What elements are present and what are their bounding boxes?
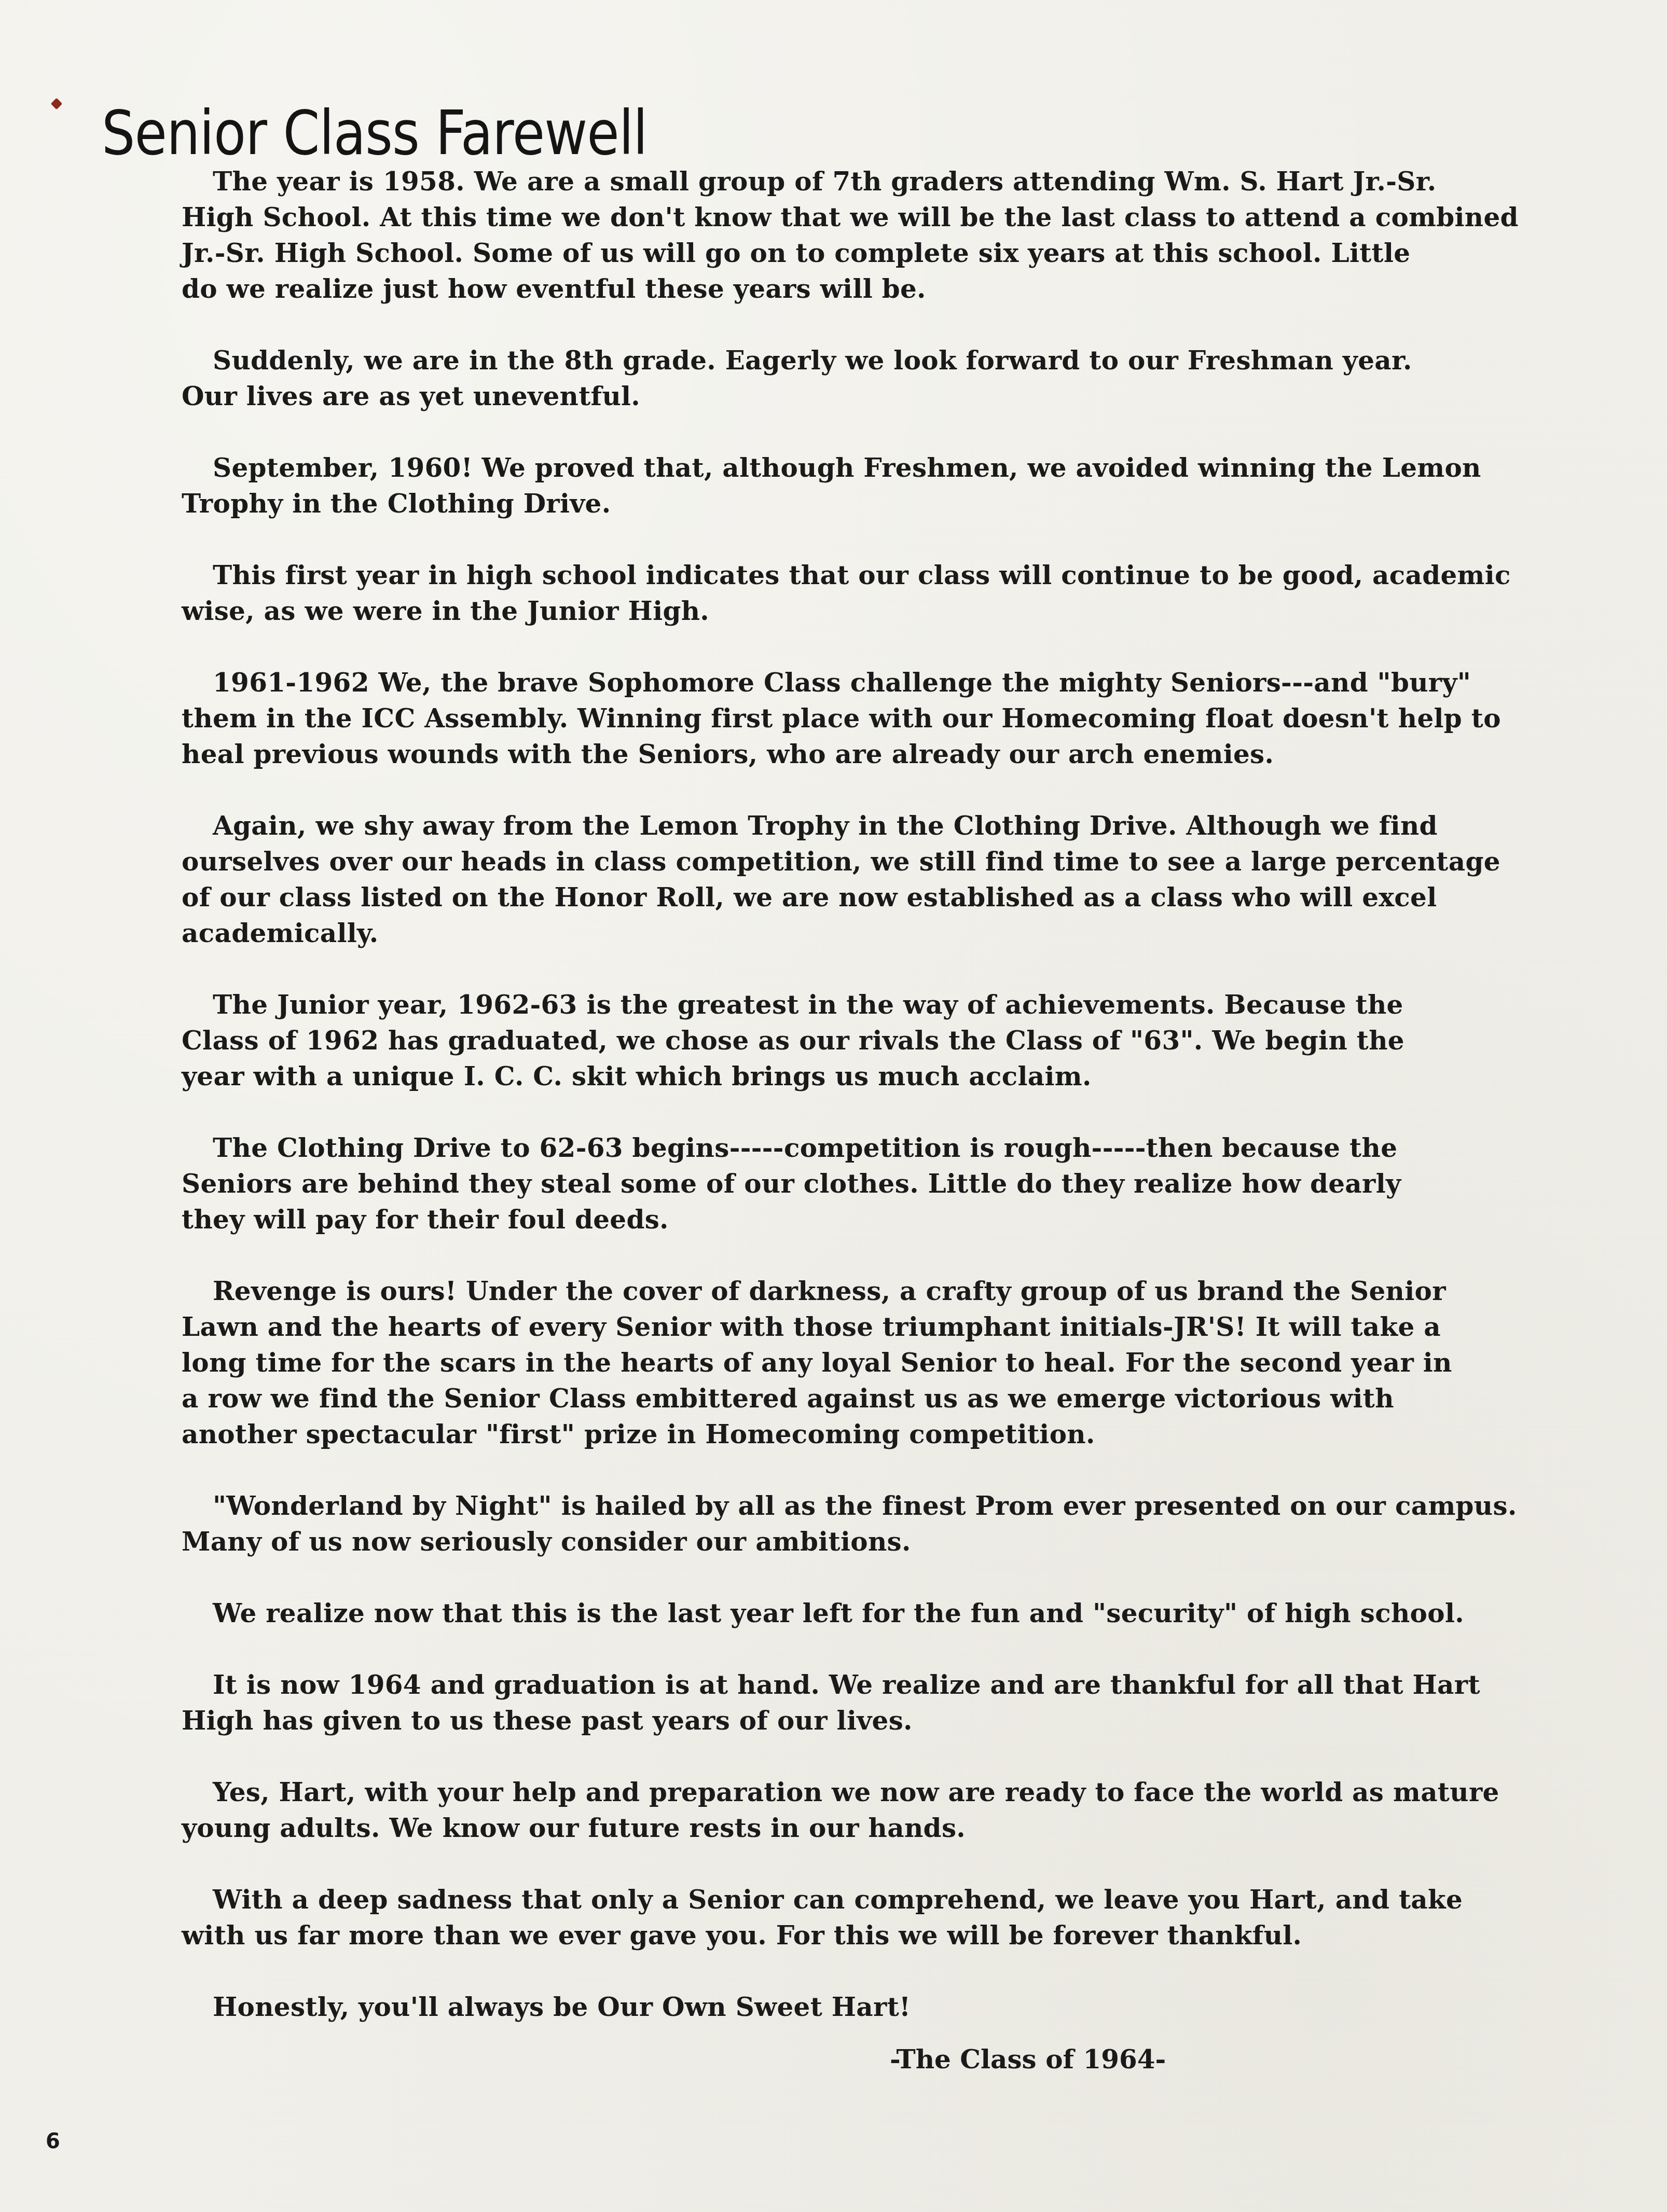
paragraph: With a deep sadness that only a Senior c… (182, 1882, 1463, 1953)
paragraph: Yes, Hart, with your help and preparatio… (182, 1774, 1463, 1846)
text-line: Jr.-Sr. High School. Some of us will go … (182, 235, 1463, 271)
paragraph: Again, we shy away from the Lemon Trophy… (182, 808, 1463, 951)
paragraph: The Clothing Drive to 62-63 begins-----c… (182, 1130, 1463, 1237)
text-line: a row we find the Senior Class embittere… (182, 1380, 1463, 1416)
text-line: wise, as we were in the Junior High. (182, 593, 1463, 629)
text-line: ourselves over our heads in class compet… (182, 844, 1463, 879)
text-line: The Clothing Drive to 62-63 begins-----c… (182, 1130, 1463, 1166)
text-line: It is now 1964 and graduation is at hand… (182, 1667, 1463, 1703)
text-line: do we realize just how eventful these ye… (182, 271, 1463, 307)
text-line: Suddenly, we are in the 8th grade. Eager… (182, 342, 1463, 378)
text-line: Again, we shy away from the Lemon Trophy… (182, 808, 1463, 844)
text-line: The Junior year, 1962-63 is the greatest… (182, 987, 1463, 1022)
text-line: With a deep sadness that only a Senior c… (182, 1882, 1463, 1917)
text-line: Revenge is ours! Under the cover of dark… (182, 1273, 1463, 1309)
text-line: "Wonderland by Night" is hailed by all a… (182, 1488, 1463, 1524)
paragraph: Honestly, you'll always be Our Own Sweet… (182, 1989, 1463, 2025)
text-line: academically. (182, 915, 1463, 951)
paragraph: Suddenly, we are in the 8th grade. Eager… (182, 342, 1463, 414)
farewell-article-body: The year is 1958. We are a small group o… (182, 163, 1463, 2061)
text-line: with us far more than we ever gave you. … (182, 1917, 1463, 1953)
paragraph: The Junior year, 1962-63 is the greatest… (182, 987, 1463, 1094)
text-line: The year is 1958. We are a small group o… (182, 163, 1463, 199)
text-line: Many of us now seriously consider our am… (182, 1524, 1463, 1559)
text-line: heal previous wounds with the Seniors, w… (182, 736, 1463, 772)
text-line: them in the ICC Assembly. Winning first … (182, 700, 1463, 736)
text-line: High School. At this time we don't know … (182, 199, 1463, 235)
text-line: of our class listed on the Honor Roll, w… (182, 879, 1463, 915)
paragraph: Revenge is ours! Under the cover of dark… (182, 1273, 1463, 1452)
text-line: Yes, Hart, with your help and preparatio… (182, 1774, 1463, 1810)
paragraph: It is now 1964 and graduation is at hand… (182, 1667, 1463, 1738)
page-number: 6 (46, 2130, 60, 2153)
signature: -The Class of 1964- (890, 2044, 1166, 2075)
text-line: Seniors are behind they steal some of ou… (182, 1166, 1463, 1201)
text-line: High has given to us these past years of… (182, 1703, 1463, 1738)
diamond-bullet-icon (51, 98, 63, 110)
text-line: September, 1960! We proved that, althoug… (182, 450, 1463, 486)
text-line: they will pay for their foul deeds. (182, 1201, 1463, 1237)
text-line: Class of 1962 has graduated, we chose as… (182, 1022, 1463, 1058)
text-line: 1961-1962 We, the brave Sophomore Class … (182, 665, 1463, 700)
text-line: Honestly, you'll always be Our Own Sweet… (182, 1989, 1463, 2025)
text-line: another spectacular "first" prize in Hom… (182, 1416, 1463, 1452)
text-line: Our lives are as yet uneventful. (182, 378, 1463, 414)
yearbook-page: Senior Class Farewell The year is 1958. … (0, 0, 1667, 2212)
text-line: year with a unique I. C. C. skit which b… (182, 1058, 1463, 1094)
paragraph: This first year in high school indicates… (182, 557, 1463, 629)
text-line: We realize now that this is the last yea… (182, 1595, 1463, 1631)
text-line: Lawn and the hearts of every Senior with… (182, 1309, 1463, 1345)
text-line: long time for the scars in the hearts of… (182, 1345, 1463, 1380)
paragraph: "Wonderland by Night" is hailed by all a… (182, 1488, 1463, 1559)
paragraph: We realize now that this is the last yea… (182, 1595, 1463, 1631)
paragraph: 1961-1962 We, the brave Sophomore Class … (182, 665, 1463, 772)
page-title: Senior Class Farewell (102, 102, 647, 163)
paragraph: The year is 1958. We are a small group o… (182, 163, 1463, 307)
text-line: young adults. We know our future rests i… (182, 1810, 1463, 1846)
paragraph: September, 1960! We proved that, althoug… (182, 450, 1463, 521)
text-line: This first year in high school indicates… (182, 557, 1463, 593)
text-line: Trophy in the Clothing Drive. (182, 486, 1463, 521)
